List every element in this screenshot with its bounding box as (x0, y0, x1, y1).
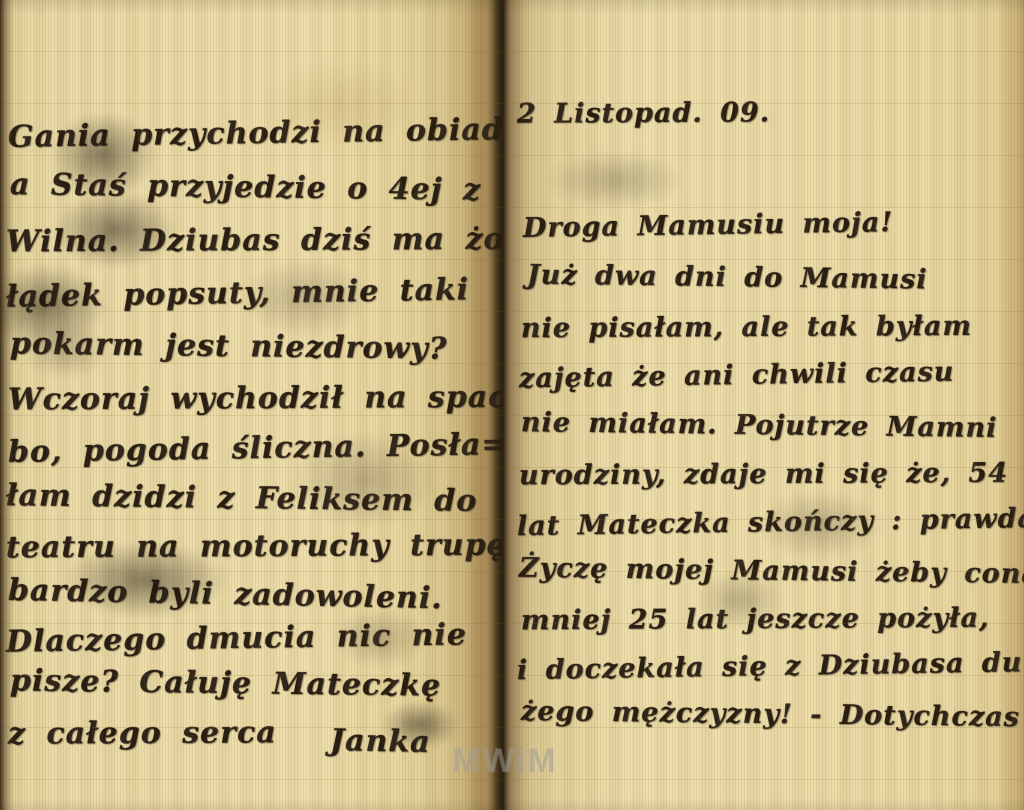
handwriting-line: łam dzidzi z Feliksem do (6, 478, 478, 519)
handwriting-line: nie miałam. Pojutrze Mamni (521, 407, 998, 444)
handwriting-line: Już dwa dni do Mamusi (527, 260, 928, 296)
closing-line: z całego serca (8, 715, 277, 751)
handwriting-line: łądek popsuty, mnie taki (6, 272, 470, 314)
handwriting-line: żego mężczyzny! - Dotychczas (521, 696, 1020, 733)
ink-smudge (545, 150, 685, 210)
handwriting-line: nie pisałam, ale tak byłam (521, 311, 972, 344)
watermark: MWiM (452, 742, 582, 781)
handwriting-line: pokarm jest niezdrowy? (10, 326, 448, 366)
handwriting-line: Życzę mojej Mamusi żeby conaj= (519, 553, 1024, 591)
handwriting-line: pisze? Całuję Mateczkę (10, 663, 442, 703)
handwriting-line: a Staś przyjedzie o 4ej z (10, 167, 481, 208)
handwriting-line: mniej 25 lat jeszcze pożyła, (521, 603, 990, 636)
handwriting-line: teatru na motoruchy trupę. (6, 528, 502, 566)
handwriting-line: Dlaczego dmucia nic nie (6, 617, 467, 659)
handwriting-line: bardzo byli zadowoleni. (8, 573, 443, 616)
signature: Janka (330, 723, 431, 760)
handwriting-line: Wilna. Dziubas dziś ma żo= (6, 222, 502, 260)
handwriting-line: Wczoraj wychodził na spacer (8, 380, 502, 418)
handwriting-line: urodziny, zdaje mi się że, 54 (519, 458, 1008, 492)
handwriting-line: zajęta że ani chwili czasu (519, 357, 955, 395)
handwriting-line: lat Mateczka skończy : prawda. (517, 503, 1024, 542)
letter-scan: Gania przychodzi na obiad a Staś przyjed… (0, 0, 1024, 810)
left-page: Gania przychodzi na obiad a Staś przyjed… (0, 0, 502, 810)
handwriting-line: i doczekała się z Dziubasa du= (517, 647, 1024, 686)
handwriting-line: Gania przychodzi na obiad (8, 112, 502, 155)
date-line: 2 Listopad. 09. (517, 97, 770, 129)
handwriting-line: bo, pogoda śliczna. Posła= (8, 427, 502, 470)
right-page: 2 Listopad. 09. Droga Mamusiu moja! Już … (505, 0, 1024, 810)
salutation-line: Droga Mamusiu moja! (523, 207, 894, 244)
